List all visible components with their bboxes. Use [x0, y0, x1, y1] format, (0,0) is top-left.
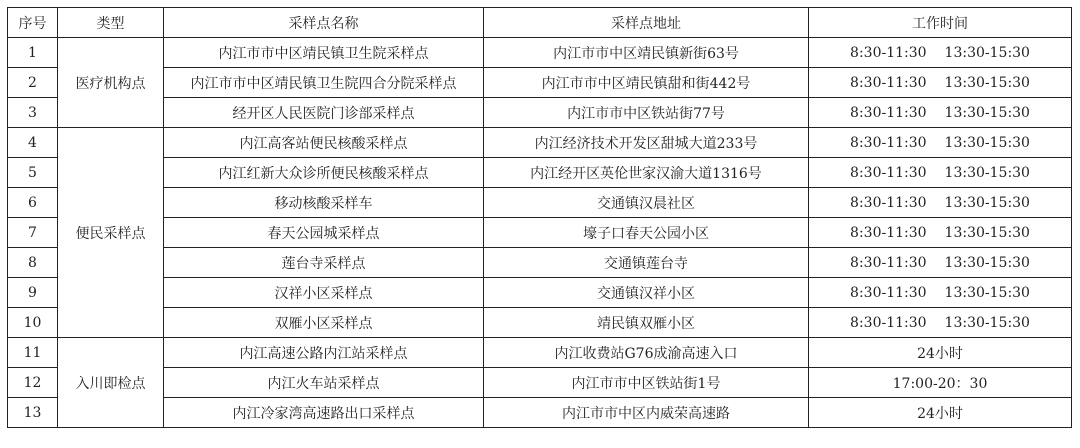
hours-morning: 8:30-11:30	[850, 255, 927, 271]
hours-afternoon: 13:30-15:30	[945, 105, 1030, 121]
hours-morning: 8:30-11:30	[850, 105, 927, 121]
cell-no[interactable]: 1	[8, 38, 58, 68]
hours-afternoon: 13:30-15:30	[945, 135, 1030, 151]
table-row: 1 医疗机构点 内江市市中区靖民镇卫生院采样点 内江市市中区靖民镇新街63号 8…	[8, 38, 1072, 68]
hours-afternoon: 13:30-15:30	[945, 75, 1030, 91]
cell-address[interactable]: 交通镇汉晨社区	[484, 188, 809, 218]
cell-name[interactable]: 内江高速公路内江站采样点	[164, 338, 484, 368]
cell-address[interactable]: 内江经开区英伦世家汉渝大道1316号	[484, 158, 809, 188]
sampling-sites-table: 序号 类型 采样点名称 采样点地址 工作时间 1 医疗机构点 内江市市中区靖民镇…	[7, 7, 1072, 428]
cell-name[interactable]: 内江高客站便民核酸采样点	[164, 128, 484, 158]
cell-hours[interactable]: 8:30-11:3013:30-15:30	[809, 158, 1072, 188]
cell-no[interactable]: 10	[8, 308, 58, 338]
cell-name[interactable]: 内江火车站采样点	[164, 368, 484, 398]
hours-morning: 8:30-11:30	[850, 225, 927, 241]
cell-name[interactable]: 莲台寺采样点	[164, 248, 484, 278]
cell-address[interactable]: 交通镇莲台寺	[484, 248, 809, 278]
cell-name[interactable]: 移动核酸采样车	[164, 188, 484, 218]
cell-address[interactable]: 内江市市中区铁站街1号	[484, 368, 809, 398]
header-hours: 工作时间	[809, 8, 1072, 38]
header-type: 类型	[58, 8, 164, 38]
cell-no[interactable]: 9	[8, 278, 58, 308]
cell-name[interactable]: 内江冷家湾高速路出口采样点	[164, 398, 484, 428]
cell-no[interactable]: 13	[8, 398, 58, 428]
table-row: 12 内江火车站采样点 内江市市中区铁站街1号 17:00-20：30	[8, 368, 1072, 398]
hours-afternoon: 13:30-15:30	[945, 285, 1030, 301]
cell-no[interactable]: 5	[8, 158, 58, 188]
cell-name[interactable]: 双雁小区采样点	[164, 308, 484, 338]
hours-morning: 8:30-11:30	[850, 165, 927, 181]
cell-address[interactable]: 内江收费站G76成渝高速入口	[484, 338, 809, 368]
hours-morning: 8:30-11:30	[850, 315, 927, 331]
cell-type[interactable]: 医疗机构点	[58, 38, 164, 128]
table-row: 13 内江冷家湾高速路出口采样点 内江市市中区内威荣高速路 24小时	[8, 398, 1072, 428]
hours-afternoon: 13:30-15:30	[945, 225, 1030, 241]
cell-name[interactable]: 春天公园城采样点	[164, 218, 484, 248]
header-name: 采样点名称	[164, 8, 484, 38]
cell-no[interactable]: 12	[8, 368, 58, 398]
cell-address[interactable]: 内江市市中区内威荣高速路	[484, 398, 809, 428]
cell-hours[interactable]: 8:30-11:3013:30-15:30	[809, 98, 1072, 128]
hours-afternoon: 13:30-15:30	[945, 195, 1030, 211]
cell-type[interactable]: 入川即检点	[58, 338, 164, 428]
cell-hours[interactable]: 8:30-11:3013:30-15:30	[809, 278, 1072, 308]
cell-no[interactable]: 4	[8, 128, 58, 158]
cell-name[interactable]: 汉祥小区采样点	[164, 278, 484, 308]
table-row: 2 内江市市中区靖民镇卫生院四合分院采样点 内江市市中区靖民镇甜和街442号 8…	[8, 68, 1072, 98]
table-row: 10 双雁小区采样点 靖民镇双雁小区 8:30-11:3013:30-15:30	[8, 308, 1072, 338]
cell-hours[interactable]: 8:30-11:3013:30-15:30	[809, 38, 1072, 68]
table-row: 5 内江红新大众诊所便民核酸采样点 内江经开区英伦世家汉渝大道1316号 8:3…	[8, 158, 1072, 188]
cell-no[interactable]: 11	[8, 338, 58, 368]
cell-address[interactable]: 内江市市中区靖民镇新街63号	[484, 38, 809, 68]
cell-hours[interactable]: 24小时	[809, 338, 1072, 368]
cell-hours[interactable]: 24小时	[809, 398, 1072, 428]
header-no: 序号	[8, 8, 58, 38]
cell-hours[interactable]: 17:00-20：30	[809, 368, 1072, 398]
cell-type[interactable]: 便民采样点	[58, 128, 164, 338]
table-row: 3 经开区人民医院门诊部采样点 内江市市中区铁站街77号 8:30-11:301…	[8, 98, 1072, 128]
cell-no[interactable]: 8	[8, 248, 58, 278]
cell-address[interactable]: 壕子口春天公园小区	[484, 218, 809, 248]
cell-address[interactable]: 内江市市中区靖民镇甜和街442号	[484, 68, 809, 98]
cell-no[interactable]: 3	[8, 98, 58, 128]
table-row: 11 入川即检点 内江高速公路内江站采样点 内江收费站G76成渝高速入口 24小…	[8, 338, 1072, 368]
table-row: 4 便民采样点 内江高客站便民核酸采样点 内江经济技术开发区甜城大道233号 8…	[8, 128, 1072, 158]
hours-afternoon: 13:30-15:30	[945, 255, 1030, 271]
cell-hours[interactable]: 8:30-11:3013:30-15:30	[809, 308, 1072, 338]
cell-name[interactable]: 内江市市中区靖民镇卫生院采样点	[164, 38, 484, 68]
hours-afternoon: 13:30-15:30	[945, 315, 1030, 331]
cell-address[interactable]: 内江市市中区铁站街77号	[484, 98, 809, 128]
table-row: 7 春天公园城采样点 壕子口春天公园小区 8:30-11:3013:30-15:…	[8, 218, 1072, 248]
hours-afternoon: 13:30-15:30	[945, 45, 1030, 61]
hours-morning: 8:30-11:30	[850, 45, 927, 61]
cell-hours[interactable]: 8:30-11:3013:30-15:30	[809, 128, 1072, 158]
table-row: 6 移动核酸采样车 交通镇汉晨社区 8:30-11:3013:30-15:30	[8, 188, 1072, 218]
table-row: 8 莲台寺采样点 交通镇莲台寺 8:30-11:3013:30-15:30	[8, 248, 1072, 278]
cell-no[interactable]: 7	[8, 218, 58, 248]
hours-morning: 8:30-11:30	[850, 285, 927, 301]
table-row: 9 汉祥小区采样点 交通镇汉祥小区 8:30-11:3013:30-15:30	[8, 278, 1072, 308]
cell-no[interactable]: 2	[8, 68, 58, 98]
hours-morning: 8:30-11:30	[850, 75, 927, 91]
cell-hours[interactable]: 8:30-11:3013:30-15:30	[809, 218, 1072, 248]
hours-morning: 8:30-11:30	[850, 135, 927, 151]
cell-name[interactable]: 内江市市中区靖民镇卫生院四合分院采样点	[164, 68, 484, 98]
hours-afternoon: 13:30-15:30	[945, 165, 1030, 181]
cell-no[interactable]: 6	[8, 188, 58, 218]
cell-address[interactable]: 靖民镇双雁小区	[484, 308, 809, 338]
header-address: 采样点地址	[484, 8, 809, 38]
cell-hours[interactable]: 8:30-11:3013:30-15:30	[809, 188, 1072, 218]
cell-address[interactable]: 内江经济技术开发区甜城大道233号	[484, 128, 809, 158]
hours-morning: 8:30-11:30	[850, 195, 927, 211]
cell-hours[interactable]: 8:30-11:3013:30-15:30	[809, 68, 1072, 98]
header-row: 序号 类型 采样点名称 采样点地址 工作时间	[8, 8, 1072, 38]
cell-hours[interactable]: 8:30-11:3013:30-15:30	[809, 248, 1072, 278]
cell-address[interactable]: 交通镇汉祥小区	[484, 278, 809, 308]
cell-name[interactable]: 内江红新大众诊所便民核酸采样点	[164, 158, 484, 188]
cell-name[interactable]: 经开区人民医院门诊部采样点	[164, 98, 484, 128]
